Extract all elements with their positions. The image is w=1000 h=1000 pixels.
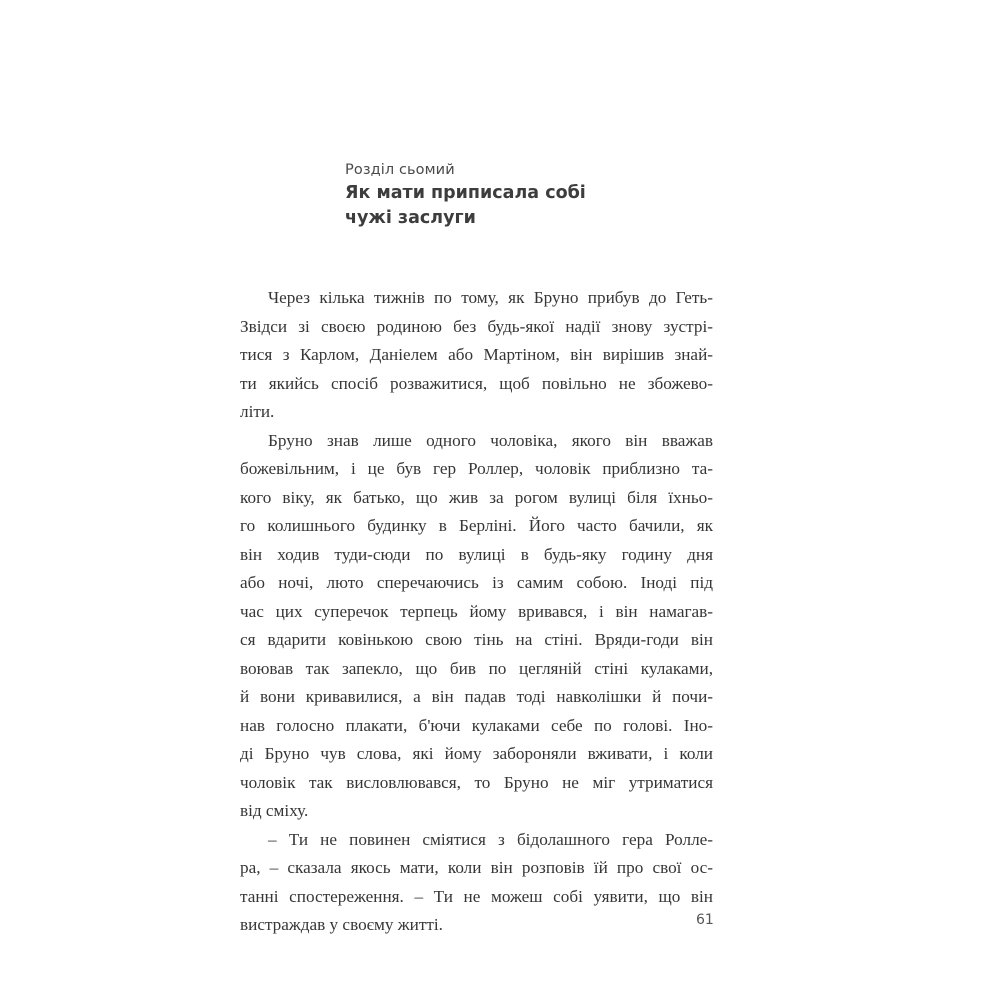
text-line: нав голосно плакати, б'ючи кулаками себе… [240,712,713,741]
chapter-header: Розділ сьомий Як мати приписала собі чуж… [345,160,605,231]
chapter-label: Розділ сьомий [345,160,605,180]
text-line: від сміху. [240,797,713,826]
text-line: ді Бруно чув слова, які йому забороняли … [240,740,713,769]
paragraph: Через кілька тижнів по тому, як Бруно пр… [240,284,713,427]
text-line: воював так запекло, що бив по цегляній с… [240,655,713,684]
text-line: й вони кривавилися, а він падав тоді нав… [240,683,713,712]
text-line: час цих суперечок терпець йому вривався,… [240,598,713,627]
text-line: кого віку, як батько, що жив за рогом ву… [240,484,713,513]
text-line: Через кілька тижнів по тому, як Бруно пр… [240,284,713,313]
text-line: літи. [240,398,713,427]
paragraph: – Ти не повинен сміятися з бідолашного г… [240,826,713,940]
text-line: Звідси зі своєю родиною без будь-якої на… [240,313,713,342]
text-line: ра, – сказала якось мати, коли він розпо… [240,854,713,883]
text-line: Бруно знав лише одного чоловіка, якого в… [240,427,713,456]
page-number: 61 [696,912,714,928]
text-line: ся вдарити ковінькою свою тінь на стіні.… [240,626,713,655]
text-line: тися з Карлом, Даніелем або Мартіном, ві… [240,341,713,370]
text-line: – Ти не повинен сміятися з бідолашного г… [240,826,713,855]
text-line: вистраждав у своєму житті. [240,911,713,940]
chapter-title-line: чужі заслуги [345,206,605,231]
text-line: або ночі, люто сперечаючись із самим соб… [240,569,713,598]
text-line: ти якийсь спосіб розважитися, щоб повіль… [240,370,713,399]
body-text: Через кілька тижнів по тому, як Бруно пр… [240,284,713,940]
text-line: танні спостереження. – Ти не можеш собі … [240,883,713,912]
chapter-title: Як мати приписала собі чужі заслуги [345,181,605,231]
text-line: божевільним, і це був гер Роллер, чолові… [240,455,713,484]
text-line: го колишнього будинку в Берліні. Його ча… [240,512,713,541]
text-line: він ходив туди-сюди по вулиці в будь-яку… [240,541,713,570]
paragraph: Бруно знав лише одного чоловіка, якого в… [240,427,713,826]
text-line: чоловік так висловлювався, то Бруно не м… [240,769,713,798]
chapter-title-line: Як мати приписала собі [345,181,605,206]
